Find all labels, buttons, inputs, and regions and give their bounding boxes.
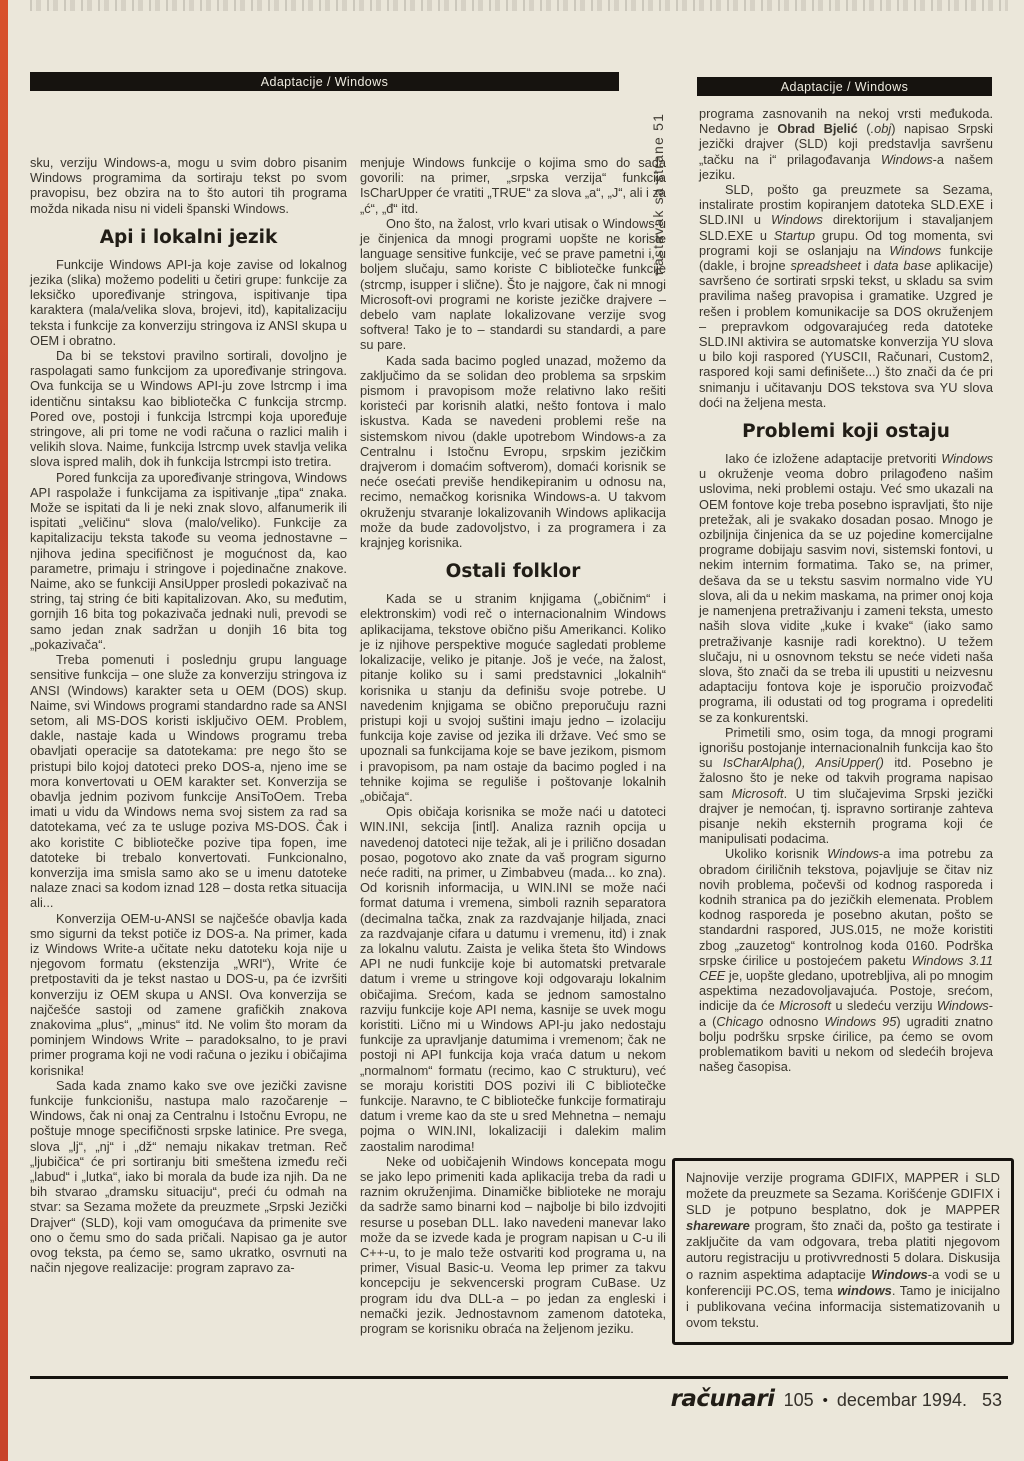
paragraph: menjuje Windows funkcije o kojima smo do… xyxy=(360,155,666,216)
article-column-3: programa zasnovanih na nekoj vrsti međuk… xyxy=(699,106,993,1074)
issue-date: decembar 1994. xyxy=(837,1390,967,1411)
paragraph: SLD, pošto ga preuzmete sa Sezama, insta… xyxy=(699,182,993,410)
section-heading-ostali-folklor: Ostali folklor xyxy=(360,561,666,583)
paragraph: Primetili smo, osim toga, da mnogi progr… xyxy=(699,725,993,847)
article-column-2: menjuje Windows funkcije o kojima smo do… xyxy=(360,155,666,1336)
section-heading-problemi-koji-ostaju: Problemi koji ostaju xyxy=(699,421,993,443)
paragraph: Da bi se tekstovi pravilno sortirali, do… xyxy=(30,348,347,470)
magazine-page: Adaptacije / Windows Adaptacije / Window… xyxy=(0,0,1024,1461)
scan-noise-band xyxy=(30,0,1008,11)
section-header-bar-right: Adaptacije / Windows xyxy=(697,77,992,96)
section-header-bar-left: Adaptacije / Windows xyxy=(30,72,619,91)
paragraph: Konverzija OEM-u-ANSI se najčešće obavlj… xyxy=(30,911,347,1078)
paragraph: Opis običaja korisnika se može naći u da… xyxy=(360,804,666,1154)
issue-number: 105 xyxy=(784,1390,814,1411)
paragraph: Sada kada znamo kako sve ove jezički zav… xyxy=(30,1078,347,1276)
paragraph: programa zasnovanih na nekoj vrsti međuk… xyxy=(699,106,993,182)
section-header-label-right: Adaptacije / Windows xyxy=(781,80,909,94)
paragraph: sku, verziju Windows-a, mogu u svim dobr… xyxy=(30,155,347,216)
section-header-label-left: Adaptacije / Windows xyxy=(261,75,389,89)
paragraph: Treba pomenuti i poslednju grupu languag… xyxy=(30,652,347,910)
paragraph: Pored funkcija za upoređivanje stringova… xyxy=(30,470,347,652)
footer-rule xyxy=(30,1376,1008,1379)
paragraph: Kada sada bacimo pogled unazad, možemo d… xyxy=(360,353,666,551)
page-footer: računari 105 • decembar 1994. 53 xyxy=(671,1386,1002,1412)
paragraph: Ono što, na žalost, vrlo kvari utisak o … xyxy=(360,216,666,353)
page-edge-red-strip xyxy=(0,0,8,1461)
page-number: 53 xyxy=(982,1390,1002,1411)
bullet-separator-icon: • xyxy=(823,1392,828,1409)
magazine-logo: računari xyxy=(671,1386,775,1412)
section-heading-api-i-lokalni-jezik: Api i lokalni jezik xyxy=(30,227,347,249)
paragraph: Ukoliko korisnik Windows-a ima potrebu z… xyxy=(699,846,993,1074)
download-info-box: Najnovije verzije programa GDIFIX, MAPPE… xyxy=(672,1158,1014,1345)
article-column-1: sku, verziju Windows-a, mogu u svim dobr… xyxy=(30,155,347,1275)
paragraph: Neke od uobičajenih Windows koncepata mo… xyxy=(360,1154,666,1336)
paragraph: Iako će izložene adaptacije pretvoriti W… xyxy=(699,451,993,725)
paragraph: Funkcije Windows API-ja koje zavise od l… xyxy=(30,257,347,348)
paragraph: Kada se u stranim knjigama („običnim“ i … xyxy=(360,591,666,804)
